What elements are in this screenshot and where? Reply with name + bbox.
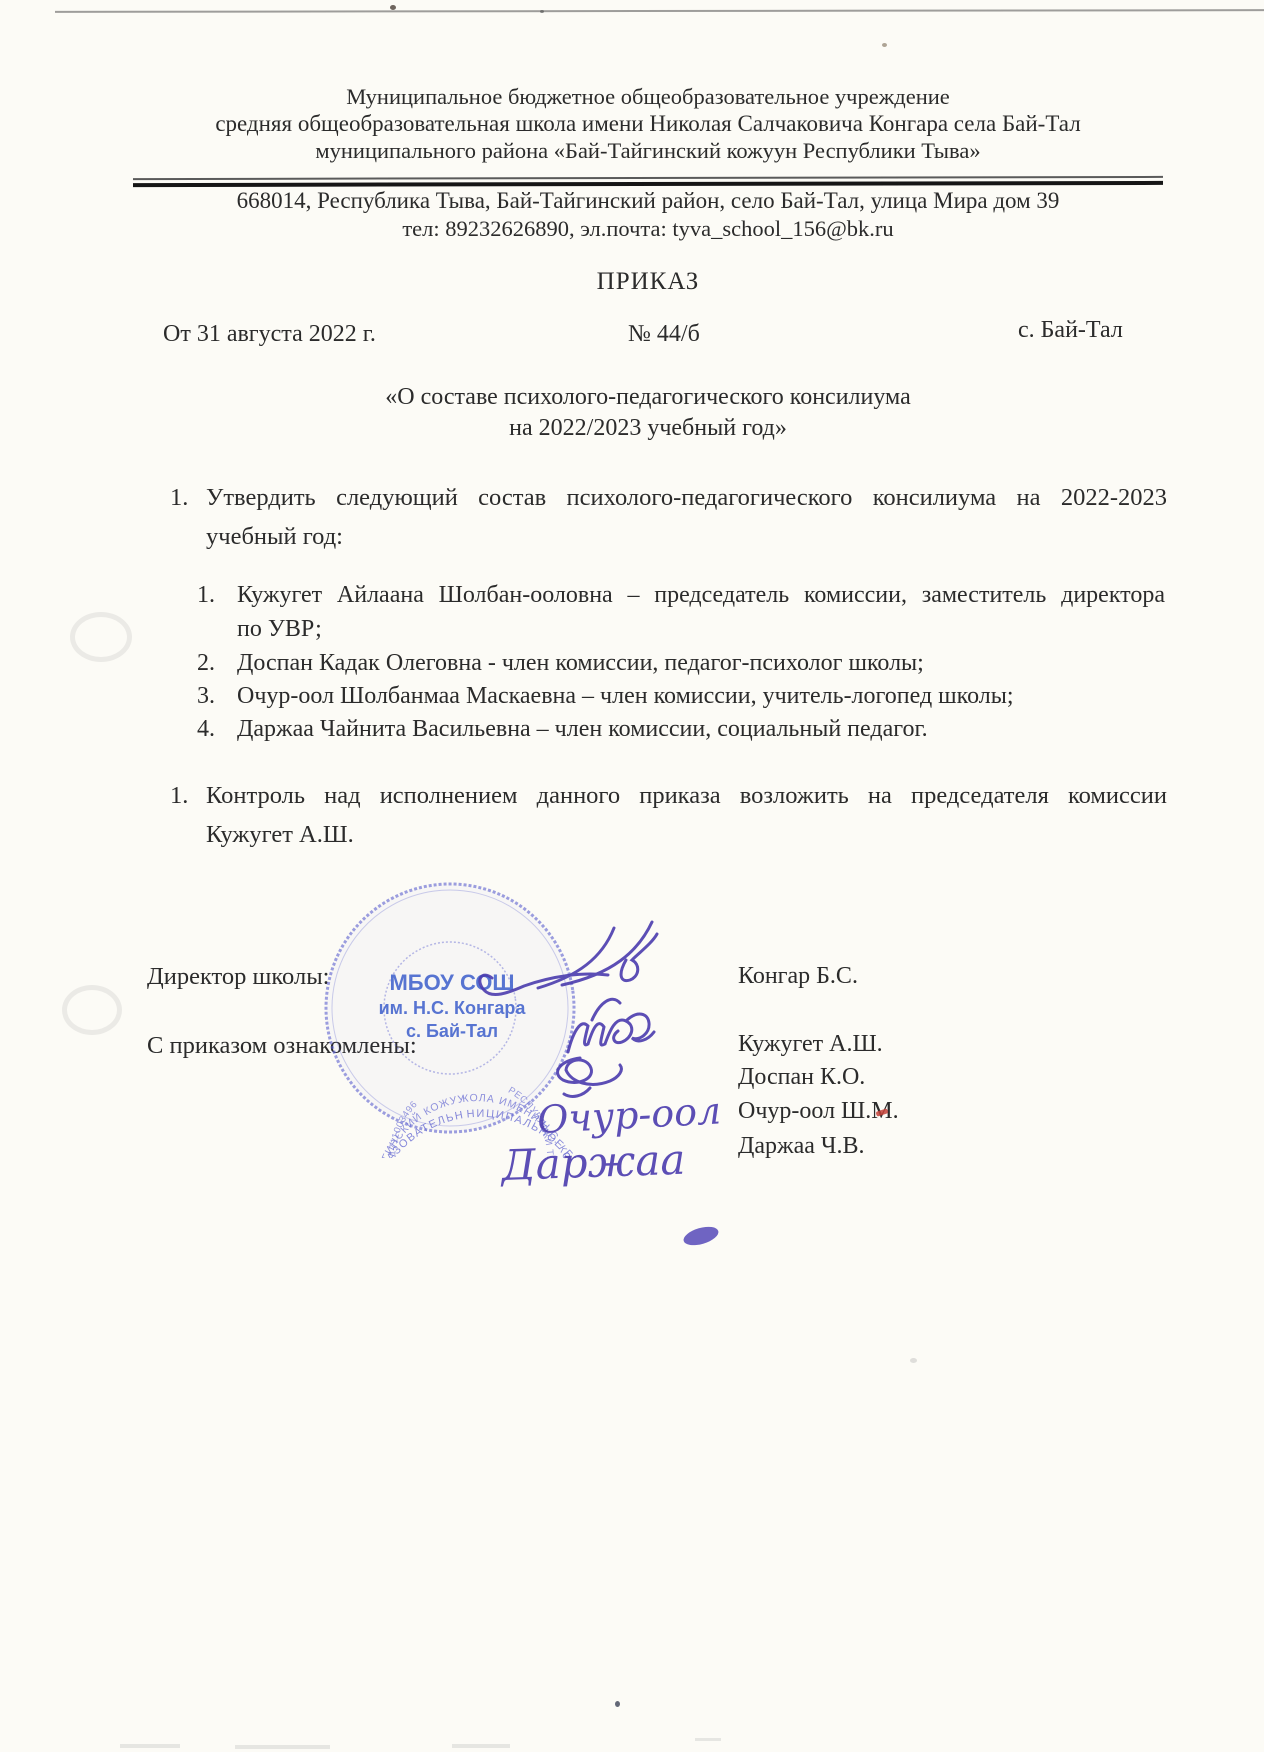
item-number: 1. <box>197 578 237 612</box>
scan-speck <box>540 10 544 13</box>
member-item-1: 1. Кужугет Айлаана Шолбан-ооловна – пред… <box>197 578 1165 646</box>
member-item-2: 2. Доспан Кадак Олеговна - член комиссии… <box>197 646 1165 680</box>
letterhead-divider <box>133 176 1163 187</box>
org-address: 668014, Республика Тыва, Бай-Тайгинский … <box>128 188 1168 214</box>
order-date: От 31 августа 2022 г. <box>163 321 376 348</box>
ink-blot <box>681 1223 720 1248</box>
member-text-line2: по УВР; <box>237 612 1165 646</box>
ack-signature-1 <box>592 999 620 1020</box>
member-text-line1: Очур-оол Шолбанмаа Маскаевна – член коми… <box>237 679 1165 713</box>
item-number: 2. <box>197 646 237 680</box>
item-number: 3. <box>197 679 237 713</box>
scan-smudge <box>62 985 122 1035</box>
scan-smudge <box>452 1744 510 1748</box>
org-name-line3: муниципального района «Бай-Тайгинский ко… <box>128 138 1168 164</box>
order-subject-line2: на 2022/2023 учебный год» <box>128 415 1168 442</box>
order-place: с. Бай-Тал <box>1018 317 1123 344</box>
item-number: 1. <box>170 776 206 815</box>
scan-smudge <box>695 1738 721 1741</box>
member-text-line1: Кужугет Айлаана Шолбан-ооловна – председ… <box>237 578 1165 612</box>
order-number: № 44/б <box>628 321 700 348</box>
doc-type-title: ПРИКАЗ <box>128 268 1168 296</box>
handwritten-ochur-ool: Очур-оол <box>536 1088 722 1142</box>
ack-signature-2 <box>558 1058 622 1084</box>
item-text-line1: Утвердить следующий состав психолого-пед… <box>206 478 1167 517</box>
scan-smudge <box>70 612 132 662</box>
signatures-overlay: Очур-оол Даржаа <box>440 880 760 1210</box>
member-text-line1: Доспан Кадак Олеговна - член комиссии, п… <box>237 646 1165 680</box>
member-text-line1: Даржаа Чайнита Васильевна – член комисси… <box>237 712 1165 746</box>
scan-speck <box>910 1358 917 1363</box>
scan-edge-line <box>55 9 1264 13</box>
member-item-4: 4. Даржаа Чайнита Васильевна – член коми… <box>197 712 1165 746</box>
control-item: 1. Контроль над исполнением данного прик… <box>170 776 1167 854</box>
scan-smudge <box>235 1745 330 1749</box>
org-name-line1: Муниципальное бюджетное общеобразователь… <box>128 84 1168 110</box>
handwritten-darzhaa: Даржаа <box>499 1135 687 1190</box>
scan-speck <box>615 1701 620 1707</box>
control-text-line2: Кужугет А.Ш. <box>206 815 1167 854</box>
scan-smudge <box>120 1744 180 1748</box>
signatures-image: Очур-оол Даржаа <box>440 880 760 1210</box>
item-number: 4. <box>197 712 237 746</box>
org-contacts: тел: 89232626890, эл.почта: tyva_school_… <box>128 216 1168 242</box>
control-text-line1: Контроль над исполнением данного приказа… <box>206 776 1167 815</box>
scanned-order-page: Муниципальное бюджетное общеобразователь… <box>0 0 1264 1752</box>
item-number: 1. <box>170 478 206 517</box>
ack-signature-1 <box>568 1020 632 1052</box>
ack-name-3: Очур-оол Ш.М. <box>738 1098 899 1125</box>
scan-speck <box>390 5 396 10</box>
member-item-3: 3. Очур-оол Шолбанмаа Маскаевна – член к… <box>197 679 1165 713</box>
order-item-1: 1. Утвердить следующий состав психолого-… <box>170 478 1167 556</box>
item-text-line2: учебный год: <box>206 517 1167 556</box>
scan-speck <box>882 43 887 47</box>
org-name-line2: средняя общеобразовательная школа имени … <box>128 111 1168 137</box>
order-subject-line1: «О составе психолого-педагогического кон… <box>128 384 1168 411</box>
